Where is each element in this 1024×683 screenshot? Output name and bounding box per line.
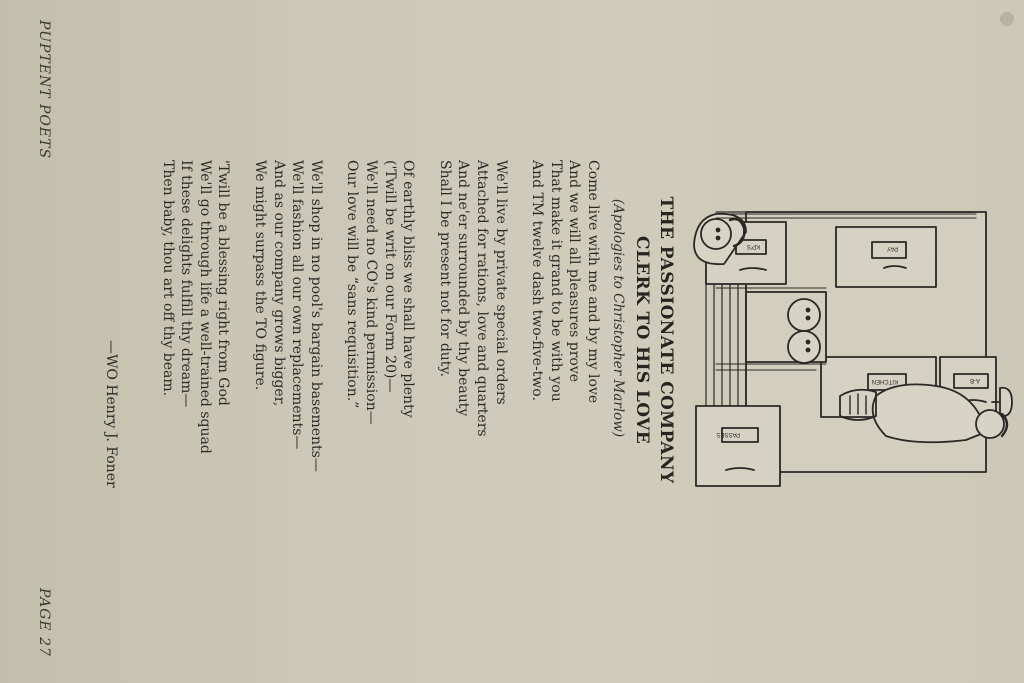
cartoon-illustration: PASSES KITCHEN A-B PAY KP'S [686, 192, 1016, 498]
stanza-4: We'll shop in no pool's bargain basement… [251, 160, 325, 580]
running-head: PUPTENT POETS [36, 20, 52, 159]
poem-signature: —WO Henry J. Foner [103, 340, 119, 488]
paper-spot [1000, 12, 1014, 26]
poem-subtitle: (Apologies to Christopher Marlow) [610, 140, 626, 496]
poem-line: And as our company grows bigger, [269, 160, 288, 580]
poem-line: If these delights fulfill thy dream— [177, 160, 196, 580]
stanza-5: 'Twill be a blessing right from God We'l… [158, 160, 232, 580]
poem-title-line-2: CLERK TO HIS LOVE [630, 140, 654, 540]
poem-line: Shall I be present not for duty. [435, 160, 454, 580]
poem-line: We'll shop in no pool's bargain basement… [306, 160, 325, 580]
poem-title: THE PASSIONATE COMPANY CLERK TO HIS LOVE [630, 140, 678, 540]
page-number: PAGE 27 [36, 588, 52, 657]
poem-line: Of earthly bliss we shall have plenty [399, 160, 418, 580]
stanza-1: Come live with me and by my love And we … [528, 160, 602, 580]
stanza-2: We'll live by private special orders Att… [435, 160, 509, 580]
poem-line: We might surpass the TO figure. [251, 160, 270, 580]
poem-line: Our love will be “sans requisition.” [343, 160, 362, 580]
poem-line: Come live with me and by my love [583, 160, 602, 580]
poem-line: We'll live by private special orders [491, 160, 510, 580]
poem-line: We'll need no CO's kind permission— [361, 160, 380, 580]
poem-line: 'Twill be a blessing right from God [214, 160, 233, 580]
stanza-3: Of earthly bliss we shall have plenty ('… [343, 160, 417, 580]
poem-title-line-1: THE PASSIONATE COMPANY [654, 140, 678, 540]
poem-line: That make it grand to be with you [546, 160, 565, 580]
drawer-label-pass: KP'S [747, 243, 760, 249]
drawer-label-a-b: A-B [970, 377, 980, 383]
poem-body: Come live with me and by my love And we … [140, 160, 602, 580]
book-page: PUPTENT POETS PAGE 27 [0, 0, 1024, 683]
drawer-label-passes: PASSES [716, 431, 740, 437]
scanned-page-frame: PUPTENT POETS PAGE 27 [0, 0, 1024, 683]
poem-line: Attached for rations, love and quarters [472, 160, 491, 580]
drawer-label-pay: PAY [887, 245, 898, 251]
poem-line: We'll go through life a well-trained squ… [195, 160, 214, 580]
poem-line: And TM twelve dash two-five-two. [528, 160, 547, 580]
poem-line: Then baby, thou art off thy beam. [158, 160, 177, 580]
poem-line: And ne'er surrounded by thy beauty [454, 160, 473, 580]
poem-line: We'll fashion all our own replacements— [288, 160, 307, 580]
drawer-label-kitchen: KITCHEN [872, 378, 898, 384]
poem-line: ('Twill be writ on our Form 20)— [380, 160, 399, 580]
poem-line: And we will all pleasures prove [565, 160, 584, 580]
